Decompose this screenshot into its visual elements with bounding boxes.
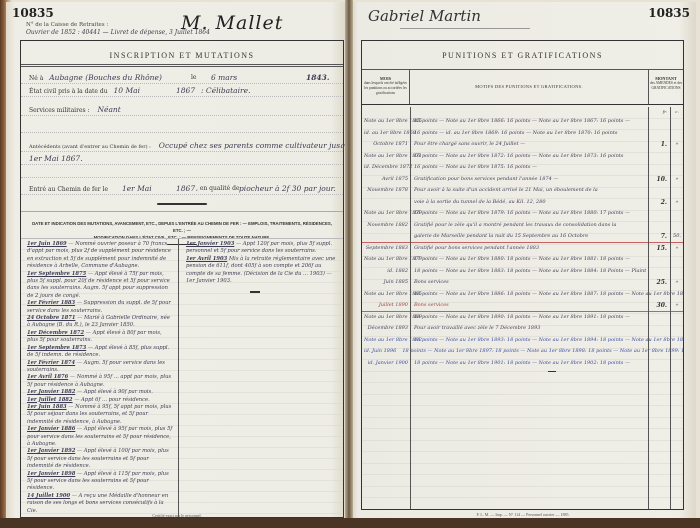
- entry-date: 1er Juin 1883: [27, 404, 67, 410]
- cell-amount: [649, 220, 671, 232]
- cell-motif: 16 points — Note au 1er 8bre 1875: 16 po…: [410, 162, 649, 174]
- cell-mois: Décembre 1893: [362, 323, 410, 335]
- cell-motif: 18 points — Note au 1er 8bre 1890: 18 po…: [410, 312, 649, 324]
- cell-mois: Note au 1er 8bre 1879: [362, 254, 410, 266]
- cell-mois: Novembre 1878: [362, 185, 410, 197]
- signature-line: [400, 28, 530, 29]
- cell-mois: id. au 1er 8bre 1868: [362, 128, 410, 140]
- cell-amount: 10.: [649, 174, 671, 186]
- mutations-header-line1: DATE ET INDICATION DES MUTATIONS, AVANCE…: [27, 220, 337, 234]
- cell-motif: [410, 107, 649, 116]
- civil-year: 1867: [176, 84, 195, 97]
- ledger-number: 10835: [12, 6, 54, 20]
- antecedents-value: Occupé chez ses parents comme cultivateu…: [159, 141, 348, 150]
- cell-cents: [671, 116, 683, 128]
- antecedents-value-2: 1er Mai 1867.: [29, 154, 83, 163]
- col-mois-sub: dans lesquels ont été infligées les puni…: [364, 81, 407, 95]
- cell-mois: Note au 1er 8bre 1892: [362, 335, 410, 347]
- cell-mois: [362, 197, 410, 209]
- cell-mois: Juin 1885: [362, 277, 410, 289]
- cell-motif: Pour avoir travaillé avec zèle le 7 Déce…: [410, 323, 649, 335]
- entry-label: Entré au Chemin de fer le: [29, 186, 108, 193]
- cell-mois: id. Juin 1896: [362, 346, 398, 358]
- cell-mois: Note au 1er 8bre 1879: [362, 208, 410, 220]
- born-place: Aubagne (Bouches du Rhône): [49, 73, 162, 82]
- punitions-frame: PUNITIONS ET GRATIFICATIONS MOIS dans le…: [361, 40, 684, 510]
- civil-status: : Célibataire.: [201, 84, 250, 97]
- born-date: 6 mars: [211, 71, 237, 84]
- table-header: MOIS dans lesquels ont été infligées les…: [362, 69, 683, 105]
- mutation-entry: 1er Janvier 1898 — Appt élevé à 115f par…: [21, 471, 178, 493]
- antecedents-row: Antécédents (avant d'entrer au Chemin de…: [21, 139, 343, 152]
- entry-text: — Appt 6f ... pour résidence.: [74, 397, 150, 403]
- section-title: INSCRIPTION ET MUTATIONS: [21, 41, 343, 67]
- cell-amount: [649, 323, 671, 335]
- civil-row: État civil pris à la date du 10 Mai 1867…: [21, 84, 343, 97]
- born-year: 1843.: [306, 71, 330, 84]
- cell-cents: 50.: [671, 231, 683, 242]
- entry-date: 1er Juin 1869: [27, 241, 67, 247]
- mutations-columns: 1er Juin 1869 — Nommé ouvrier poseur à 7…: [21, 238, 343, 517]
- cell-motif: galerie de Marseille pendant la nuit du …: [410, 231, 649, 242]
- inscription-frame: INSCRIPTION ET MUTATIONS Né à Aubagne (B…: [20, 40, 344, 518]
- entry-quality: piocheur à 2f 30 par jour.: [239, 182, 336, 195]
- col-header-mois: MOIS dans lesquels ont été infligées les…: [362, 70, 410, 104]
- born-label: Né à: [29, 75, 43, 82]
- civil-label: État civil pris à la date du: [29, 88, 108, 95]
- cell-amount: [649, 128, 671, 140]
- cell-cents: »: [671, 277, 683, 289]
- punitions-table: MOIS dans lesquels ont été infligées les…: [362, 69, 683, 509]
- cell-motif: 18 points — Note au 1er 8bre 1886: 18 po…: [410, 289, 683, 301]
- cell-francs-label: fr.: [649, 107, 671, 116]
- col-divider: [670, 107, 671, 509]
- entry-date: 1er Janvier 1882: [27, 389, 75, 395]
- entry-date: 1er Juillet 1882: [27, 397, 73, 403]
- cell-amount: [649, 208, 671, 220]
- entry-date: 1er Décembre 1872: [27, 330, 84, 336]
- cell-cents: [671, 323, 683, 335]
- cell-motif: Gratifié pour le zèle qu'il a montré pen…: [410, 220, 649, 232]
- end-mark: [548, 371, 556, 372]
- cell-motif: 18 points — Note au 1er 8bre 1901: 18 po…: [410, 358, 649, 370]
- cell-motif: 17 points — Note au 1er 8bre 1880: 18 po…: [410, 254, 649, 266]
- cell-cents: [671, 266, 683, 278]
- cell-cents: [671, 185, 683, 197]
- left-page: 10835 N° de la Caisse de Retraites : Ouv…: [6, 2, 348, 520]
- cell-motif: Pour avoir à la suite d'un accident arri…: [410, 185, 649, 197]
- spacer-line: [21, 165, 343, 178]
- entry-date: 1er Janvier 1903: [186, 241, 234, 247]
- cell-mois: Juillet 1890: [362, 300, 410, 311]
- antecedents-row-2: 1er Mai 1867.: [21, 152, 343, 165]
- cell-amount: 1.: [649, 139, 671, 151]
- mutation-entry: 14 Juillet 1900 — A reçu une Médaille d'…: [21, 493, 178, 515]
- spacer-line: [21, 120, 343, 133]
- cell-amount: [649, 266, 671, 278]
- cell-cents: »: [671, 300, 683, 311]
- cell-amount: [649, 162, 671, 174]
- mutation-entry: 1er Avril 1903 Mis à la retraite régleme…: [180, 256, 343, 286]
- cell-mois: id. Décembre 1872: [362, 162, 410, 174]
- cell-cents: [671, 312, 683, 324]
- cell-motif: 15 points — Note au 1er 8bre 1866: 16 po…: [410, 116, 649, 128]
- cell-cents: [671, 208, 683, 220]
- ornament-divider: [157, 203, 207, 205]
- book-gutter: [345, 0, 353, 528]
- col-header-motifs: MOTIFS DES PUNITIONS ET GRATIFICATIONS.: [410, 70, 649, 104]
- entry-date: 1er Janvier 1886: [27, 426, 75, 432]
- civil-date: 10 Mai: [114, 86, 140, 95]
- cell-amount: [649, 254, 671, 266]
- entry-quality-label: , en qualité de: [196, 182, 240, 195]
- cell-amount: 25.: [649, 277, 671, 289]
- ledger-number: 10835: [648, 6, 690, 20]
- cell-mois: Septembre 1883: [362, 243, 410, 255]
- cell-mois: Note au 1er 8bre 1871: [362, 151, 410, 163]
- entry-year: 1867: [176, 182, 195, 195]
- cell-mois: Note au 1er 8bre 1889: [362, 312, 410, 324]
- mutation-entry: 1er Avril 1876 — Nommé à 95f ... appt pa…: [21, 374, 178, 389]
- cell-mois: Novembre 1882: [362, 220, 410, 232]
- cell-cents: »: [671, 243, 683, 255]
- cell-cents: [671, 220, 683, 232]
- cell-amount: [649, 151, 671, 163]
- entry-date: 1er Janvier 1898: [27, 471, 75, 477]
- entry-date: 1er Avril 1876: [27, 374, 68, 380]
- table-body: fr. c. Note au 1er 8bre 186515 points — …: [362, 107, 683, 509]
- right-page: Gabriel Martin 10835 PUNITIONS ET GRATIF…: [350, 2, 696, 520]
- cell-motif: Bons services: [410, 277, 649, 289]
- cell-mois: [362, 231, 410, 242]
- mutation-entry: 24 Octobre 1871 — Marié à Gabrielle Ordi…: [21, 315, 178, 330]
- book-bottom-edge: [0, 518, 700, 528]
- cell-motif: Bons services: [410, 300, 649, 311]
- col-divider: [648, 107, 649, 509]
- end-mark: [250, 291, 260, 293]
- right-footer: P. L. M. — Imp. — N° 114 — Personnel ouv…: [350, 512, 696, 517]
- cell-amount: [649, 185, 671, 197]
- cell-motif: Gratification pour bons services pendant…: [410, 174, 649, 186]
- cell-motif: Gratifié pour bons services pendant l'an…: [410, 243, 649, 255]
- employee-name: M. Mallet: [181, 12, 283, 34]
- cell-mois: Note au 1er 8bre 1865: [362, 116, 410, 128]
- cell-mois: id. 1882: [362, 266, 410, 278]
- cell-amount: 15.: [649, 243, 671, 255]
- military-label: Services militaires :: [29, 107, 90, 114]
- cell-amount: [649, 358, 671, 370]
- entry-date: 1er Février 1874: [27, 360, 75, 366]
- cell-cents: [671, 151, 683, 163]
- entry-date: 1er Septembre 1875: [27, 271, 86, 277]
- col-header-montant: MONTANT des AMENDES et des GRATIFICATION…: [649, 70, 683, 104]
- antecedents-label: Antécédents (avant d'entrer au Chemin de…: [29, 144, 151, 150]
- ledger-book: 10835 N° de la Caisse de Retraites : Ouv…: [0, 0, 700, 528]
- mutation-entry: 1er Juin 1869 — Nommé ouvrier poseur à 7…: [21, 239, 178, 271]
- cell-motif: voie à la sortie du tunnel de la Bédé, a…: [410, 197, 649, 209]
- entry-date: 1er Janvier 1892: [27, 448, 75, 454]
- mutation-entry: 1er Septembre 1875 — Appt élevé à 75f pa…: [21, 271, 178, 301]
- entry-date: 1er Septembre 1873: [27, 345, 86, 351]
- entry-text: — Appt élevé à 90f par mois.: [77, 389, 153, 395]
- born-row: Né à Aubagne (Bouches du Rhône) le 6 mar…: [21, 71, 343, 84]
- mutation-entry: 1er Janvier 1892 — Appt élevé à 100f par…: [21, 448, 178, 470]
- entry-date: 1er Février 1883: [27, 300, 75, 306]
- mutations-col-left: 1er Juin 1869 — Nommé ouvrier poseur à 7…: [21, 239, 179, 517]
- entry-row: Entré au Chemin de fer le 1er Mai 1867 ,…: [21, 182, 343, 195]
- cell-motif: Pour être chargé sans ouvrir, le 24 Juil…: [410, 139, 649, 151]
- entry-date: 24 Octobre 1871: [27, 315, 75, 321]
- col-divider: [410, 107, 411, 509]
- cell-amount: 30.: [649, 300, 671, 311]
- cell-motif: 16 points — Note au 1er 8bre 1872: 16 po…: [410, 151, 649, 163]
- cell-mois: Note au 1er 8bre 1885: [362, 289, 410, 301]
- cell-mois: [362, 107, 410, 116]
- cell-cents: »: [671, 197, 683, 209]
- cell-motif: 18 points — Note au 1er 8bre 1897: 18 po…: [398, 346, 683, 358]
- mutations-col-right: 1er Janvier 1903 — Appt 120f par mois, p…: [180, 239, 343, 517]
- cell-cents: [671, 358, 683, 370]
- mutation-entry: 1er Janvier 1882 — Appt élevé à 90f par …: [21, 389, 178, 396]
- section-title: PUNITIONS ET GRATIFICATIONS: [362, 41, 683, 69]
- mutation-entry: 1er Décembre 1872 — Appt élevé à 80f par…: [21, 330, 178, 345]
- mutation-entry: 1er Février 1874 — Augm. 5f pour service…: [21, 360, 178, 375]
- cell-amount: [649, 312, 671, 324]
- mutation-entry: 1er Juin 1883 — Nommé à 95f, 5f appt par…: [21, 404, 178, 426]
- cell-motif: 18 points — Note au 1er 8bre 1893: 18 po…: [410, 335, 683, 347]
- cell-cents: [671, 254, 683, 266]
- cell-amount: 2.: [649, 197, 671, 209]
- mutation-entry: 1er Septembre 1873 — Appt élevé à 85f, p…: [21, 345, 178, 360]
- military-row: Services militaires : Néant: [21, 103, 343, 116]
- cell-mois: Avril 1875: [362, 174, 410, 186]
- employee-signature: Gabriel Martin: [368, 7, 481, 25]
- entry-date: 1er Mai: [122, 184, 152, 193]
- mutation-entry: 1er Février 1883 — Suppression du suppl.…: [21, 300, 178, 315]
- col-montant-sub: des AMENDES et des GRATIFICATIONS: [650, 81, 682, 90]
- cell-amount: [649, 116, 671, 128]
- cell-cents: »: [671, 174, 683, 186]
- cell-motif: 16 points — Note au 1er 8bre 1879: 16 po…: [410, 208, 649, 220]
- military-value: Néant: [97, 105, 120, 114]
- cell-motif: 16 points — id. au 1er 8bre 1869: 16 poi…: [410, 128, 649, 140]
- cell-amount: 7.: [649, 231, 671, 242]
- cell-cents-label: c.: [671, 107, 683, 116]
- cell-mois: id. Janvier 1900: [362, 358, 410, 370]
- entry-date: 14 Juillet 1900: [27, 493, 70, 499]
- entry-date: 1er Avril 1903: [186, 256, 227, 262]
- cell-mois: Octobre 1871: [362, 139, 410, 151]
- cell-cents: [671, 162, 683, 174]
- mutation-entry: 1er Juillet 1882 — Appt 6f ... pour rési…: [21, 397, 178, 404]
- mutation-entry: 1er Janvier 1903 — Appt 120f par mois, p…: [180, 239, 343, 256]
- cell-cents: »: [671, 139, 683, 151]
- born-le-label: le: [191, 71, 196, 84]
- mutation-entry: 1er Janvier 1886 — Appt élevé à 95f par …: [21, 426, 178, 448]
- cell-motif: 18 points — Note au 1er 8bre 1883: 18 po…: [410, 266, 649, 278]
- cell-cents: [671, 128, 683, 140]
